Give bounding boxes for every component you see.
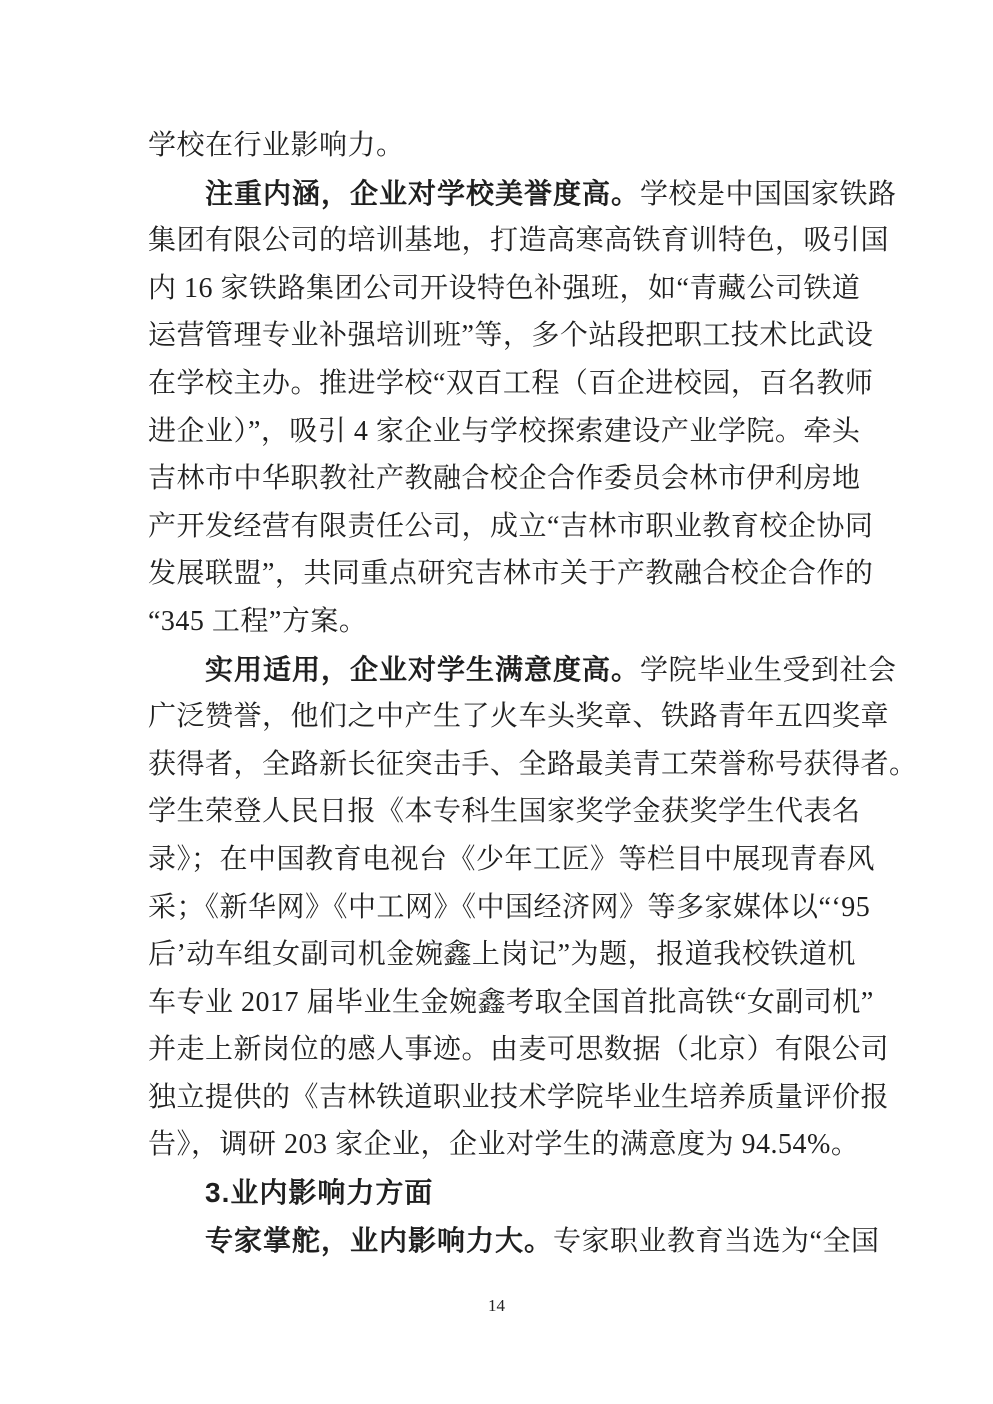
text-segment: 运营管理专业补强培训班”等，多个站段把职工技术比武设 — [148, 320, 873, 351]
text-segment-bold: 3.业内影响力方面 — [205, 1177, 433, 1208]
text-segment: 车专业 2017 届毕业生金婉鑫考取全国首批高铁“女副司机” — [148, 987, 874, 1018]
text-line: 广泛赞誉，他们之中产生了火车头奖章、铁路青年五四奖章 — [148, 693, 856, 741]
text-line: 获得者，全路新长征突击手、全路最美青工荣誉称号获得者。 — [148, 741, 856, 789]
text-line: 内 16 家铁路集团公司开设特色补强班，如“青藏公司铁道 — [148, 265, 856, 313]
text-line: 实用适用，企业对学生满意度高。学院毕业生受到社会 — [148, 646, 856, 694]
text-line: 发展联盟”，共同重点研究吉林市关于产教融合校企合作的 — [148, 550, 856, 598]
text-line: 车专业 2017 届毕业生金婉鑫考取全国首批高铁“女副司机” — [148, 979, 856, 1027]
text-line: 专家掌舵，业内影响力大。专家职业教育当选为“全国 — [148, 1217, 856, 1265]
text-segment-bold: 专家掌舵，业内影响力大。 — [205, 1225, 553, 1256]
text-segment: 进企业）”，吸引 4 家企业与学校探索建设产业学院。牵头 — [148, 416, 860, 447]
document-page: 学校在行业影响力。注重内涵，企业对学校美誉度高。学校是中国国家铁路集团有限公司的… — [0, 0, 993, 1404]
text-segment: 并走上新岗位的感人事迹。由麦可思数据（北京）有限公司 — [148, 1034, 889, 1065]
text-segment: 学生荣登人民日报《本专科生国家奖学金获奖学生代表名 — [148, 796, 861, 827]
text-segment: 专家职业教育当选为“全国 — [553, 1226, 879, 1257]
text-segment: 在学校主办。推进学校“双百工程（百企进校园，百名教师 — [148, 368, 873, 399]
text-line: 运营管理专业补强培训班”等，多个站段把职工技术比武设 — [148, 312, 856, 360]
text-segment: 学校在行业影响力。 — [148, 130, 405, 161]
text-segment: 独立提供的《吉林铁道职业技术学院毕业生培养质量评价报 — [148, 1082, 889, 1113]
text-segment: 学校是中国国家铁路 — [640, 179, 897, 210]
text-line: 注重内涵，企业对学校美誉度高。学校是中国国家铁路 — [148, 170, 856, 218]
text-line: 采；《新华网》《中工网》《中国经济网》等多家媒体以“‘95 — [148, 884, 856, 932]
text-segment: 集团有限公司的培训基地，打造高寒高铁育训特色，吸引国 — [148, 225, 889, 256]
text-line: 产开发经营有限责任公司，成立“吉林市职业教育校企协同 — [148, 503, 856, 551]
text-line: “345 工程”方案。 — [148, 598, 856, 646]
text-line: 告》，调研 203 家企业，企业对学生的满意度为 94.54%。 — [148, 1121, 856, 1169]
page-number: 14 — [0, 1296, 993, 1316]
text-segment: “345 工程”方案。 — [148, 606, 367, 637]
text-line: 独立提供的《吉林铁道职业技术学院毕业生培养质量评价报 — [148, 1074, 856, 1122]
text-segment-bold: 注重内涵，企业对学校美誉度高。 — [205, 178, 640, 209]
text-line: 在学校主办。推进学校“双百工程（百企进校园，百名教师 — [148, 360, 856, 408]
text-segment: 发展联盟”，共同重点研究吉林市关于产教融合校企合作的 — [148, 558, 873, 589]
text-line: 录》；在中国教育电视台《少年工匠》等栏目中展现青春风 — [148, 836, 856, 884]
text-line: 3.业内影响力方面 — [148, 1169, 856, 1217]
text-line: 集团有限公司的培训基地，打造高寒高铁育训特色，吸引国 — [148, 217, 856, 265]
text-line: 进企业）”，吸引 4 家企业与学校探索建设产业学院。牵头 — [148, 408, 856, 456]
text-segment: 获得者，全路新长征突击手、全路最美青工荣誉称号获得者。 — [148, 749, 918, 780]
text-segment: 采；《新华网》《中工网》《中国经济网》等多家媒体以“‘95 — [148, 892, 870, 923]
text-segment: 广泛赞誉，他们之中产生了火车头奖章、铁路青年五四奖章 — [148, 701, 889, 732]
text-segment: 录》；在中国教育电视台《少年工匠》等栏目中展现青春风 — [148, 844, 875, 875]
document-body: 学校在行业影响力。注重内涵，企业对学校美誉度高。学校是中国国家铁路集团有限公司的… — [148, 122, 856, 1264]
text-segment: 吉林市中华职教社产教融合校企合作委员会林市伊利房地 — [148, 463, 861, 494]
text-line: 后’动车组女副司机金婉鑫上岗记”为题，报道我校铁道机 — [148, 931, 856, 979]
text-line: 吉林市中华职教社产教融合校企合作委员会林市伊利房地 — [148, 455, 856, 503]
text-segment-bold: 实用适用，企业对学生满意度高。 — [205, 654, 640, 685]
text-line: 学校在行业影响力。 — [148, 122, 856, 170]
text-segment: 后’动车组女副司机金婉鑫上岗记”为题，报道我校铁道机 — [148, 939, 856, 970]
text-segment: 学院毕业生受到社会 — [640, 655, 897, 686]
text-segment: 产开发经营有限责任公司，成立“吉林市职业教育校企协同 — [148, 511, 873, 542]
text-segment: 内 16 家铁路集团公司开设特色补强班，如“青藏公司铁道 — [148, 273, 860, 304]
text-segment: 告》，调研 203 家企业，企业对学生的满意度为 94.54%。 — [148, 1129, 859, 1160]
text-line: 并走上新岗位的感人事迹。由麦可思数据（北京）有限公司 — [148, 1026, 856, 1074]
text-line: 学生荣登人民日报《本专科生国家奖学金获奖学生代表名 — [148, 788, 856, 836]
